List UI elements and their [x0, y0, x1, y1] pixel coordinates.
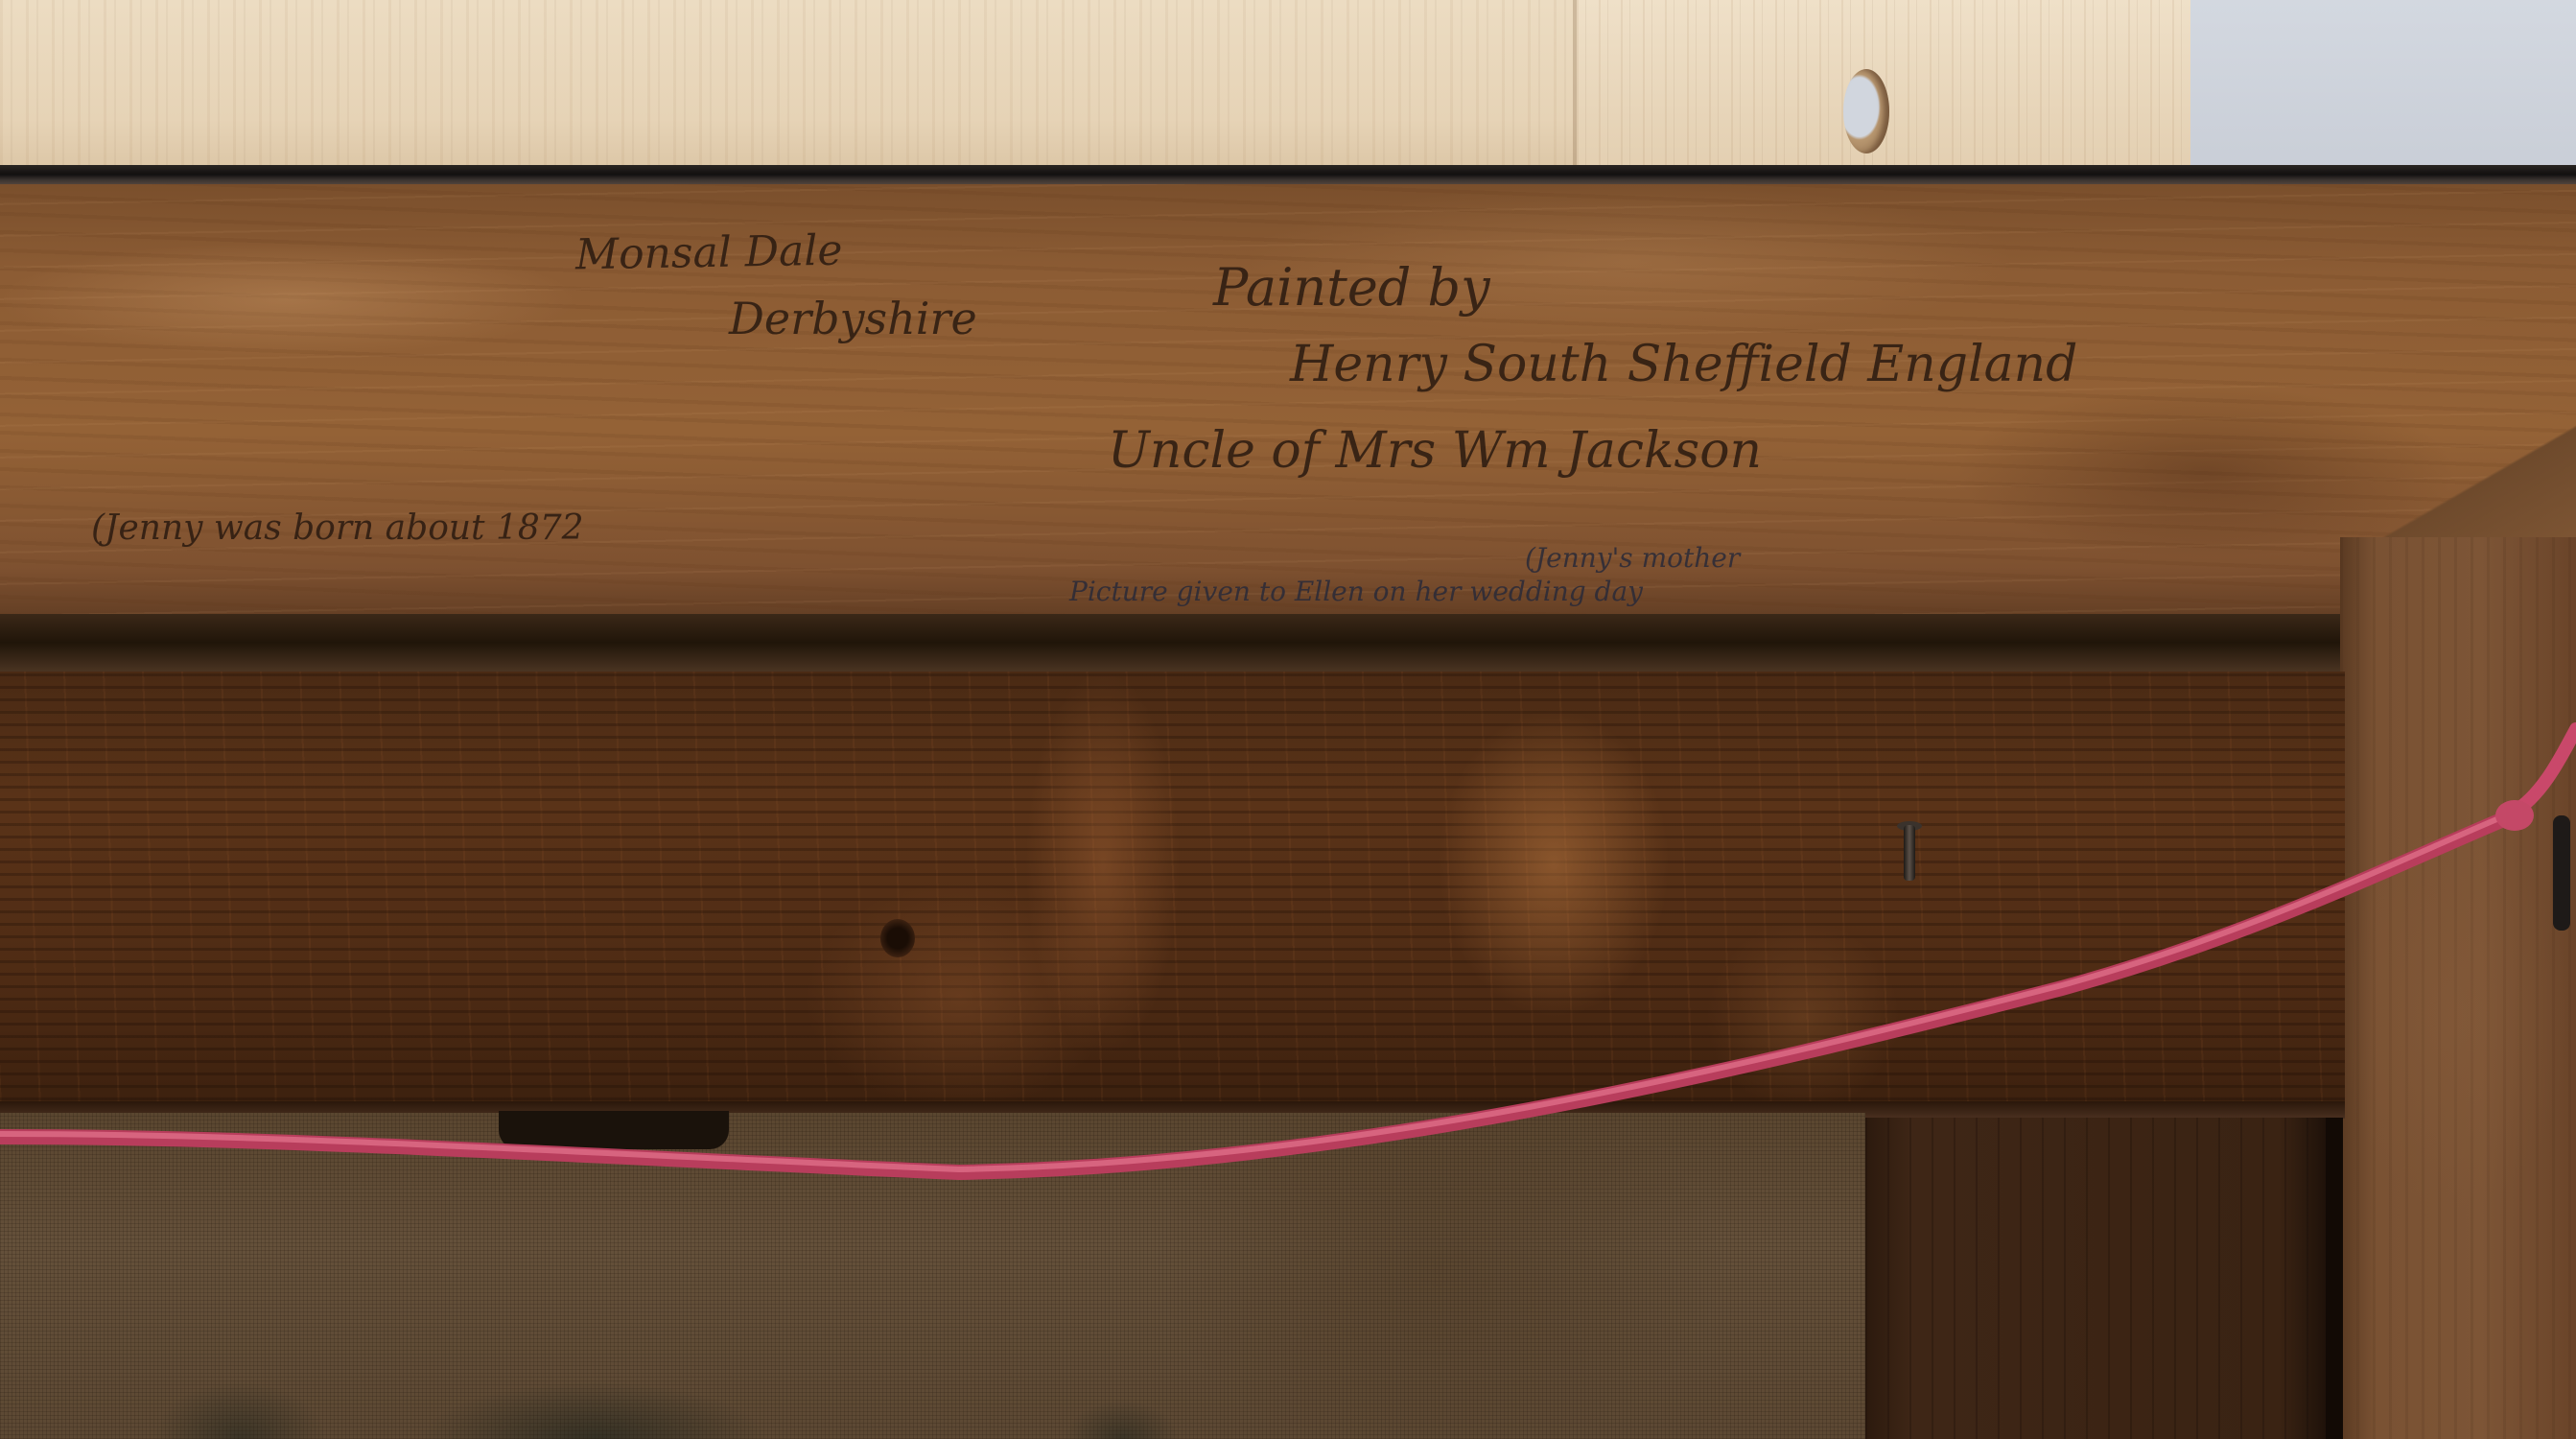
- right-frame-rail: [2340, 537, 2576, 1439]
- wood-knot: [880, 919, 915, 957]
- frame-gap: [2326, 1118, 2343, 1439]
- top-stretcher-bar: [0, 184, 2576, 635]
- inscription-painted-by: Painted by: [1213, 257, 1490, 318]
- inscription-place: Monsal Dale: [575, 226, 843, 280]
- inscription-county: Derbyshire: [729, 293, 977, 344]
- inscription-mother-note: (Jenny's mother: [1525, 542, 1740, 574]
- inscription-artist: Henry South Sheffield England: [1290, 336, 2077, 393]
- canvas-stain: [499, 1111, 729, 1149]
- frame-edge-strip: [0, 165, 2576, 186]
- canvas-back: [0, 1113, 1865, 1439]
- nail: [1904, 825, 1915, 881]
- inscription-gift-note: Picture given to Ellen on her wedding da…: [1069, 576, 1643, 607]
- easel-hole: [1843, 69, 1889, 153]
- inscription-jenny-note: (Jenny was born about 1872: [91, 508, 584, 548]
- inscription-relation: Uncle of Mrs Wm Jackson: [1108, 422, 1762, 480]
- middle-stretcher-bar: [0, 672, 2345, 1113]
- lower-stretcher-panel: [1865, 1118, 2326, 1439]
- stretcher-gap: [0, 614, 2350, 672]
